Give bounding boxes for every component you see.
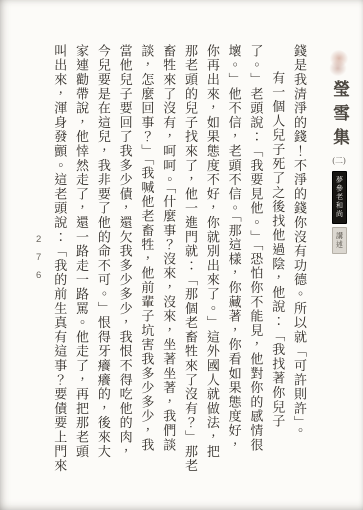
page-number: 2 7 6: [36, 234, 41, 281]
text-column: 畜牲來了沒有，呵呵。「什麼事？沒來，沒來，坐著坐著，我們談: [157, 44, 179, 474]
subtitle-tab: 講述: [332, 227, 347, 254]
text-column: 叫出來，渾身發顫。這老頭說：「我的前生真有這事？要債要上門來: [48, 44, 70, 474]
text-column: 錢是我清淨的錢！不淨的錢你沒有功德。所以就「可許則許」。: [288, 44, 310, 474]
title-block: 瑩雪集 (二) 夢參老和尚 講述: [324, 50, 354, 257]
text-column: 今兒要是在這兒，我非要了他的命不可。」恨得牙癢癢的，後來大: [92, 44, 114, 474]
text-column: 你再出來，如果態度不好，你就別出來了。」這外國人就做法，把: [201, 44, 223, 474]
text-column: 談，怎麼回事？」「我喊他老畜牲，他前輩子坑害我多少多少，我: [136, 44, 158, 474]
text-column: 家連勸帶說，他悻然走了，還一路走一路罵。他走了，再把那老頭: [70, 44, 92, 474]
text-column: 有一個人兒子死了之後找他過陰，他說：「我找著你兒子: [266, 44, 288, 474]
text-column: 了。」老頭說：「我要見他。」「恐怕你不能見，他對你的感情很: [245, 44, 267, 474]
book-page: 瑩雪集 (二) 夢參老和尚 講述 錢是我清淨的錢！不淨的錢你沒有功德。所以就「可…: [0, 0, 363, 510]
author-tab: 夢參老和尚: [332, 171, 347, 224]
text-column: 壞。」他不信，老頭不信。「那這樣，你藏著，你看如果態度好，: [223, 44, 245, 474]
book-title: 瑩雪集: [327, 80, 351, 152]
decorative-seal-stamp: [328, 50, 350, 78]
page-number-digit: 7: [36, 252, 41, 263]
page-number-digit: 2: [36, 234, 41, 245]
text-column: 當他兒子要回了我多少債，還欠我多少多少，我恨不得吃他的肉，: [114, 44, 136, 474]
volume-number: (二): [332, 155, 345, 166]
page-number-digit: 6: [36, 270, 41, 281]
body-text-block: 錢是我清淨的錢！不淨的錢你沒有功德。所以就「可許則許」。 有一個人兒子死了之後找…: [48, 44, 310, 474]
text-column: 那老頭的兒子找來了，他一進門就：「那個老畜牲來了沒有？」那老: [179, 44, 201, 474]
